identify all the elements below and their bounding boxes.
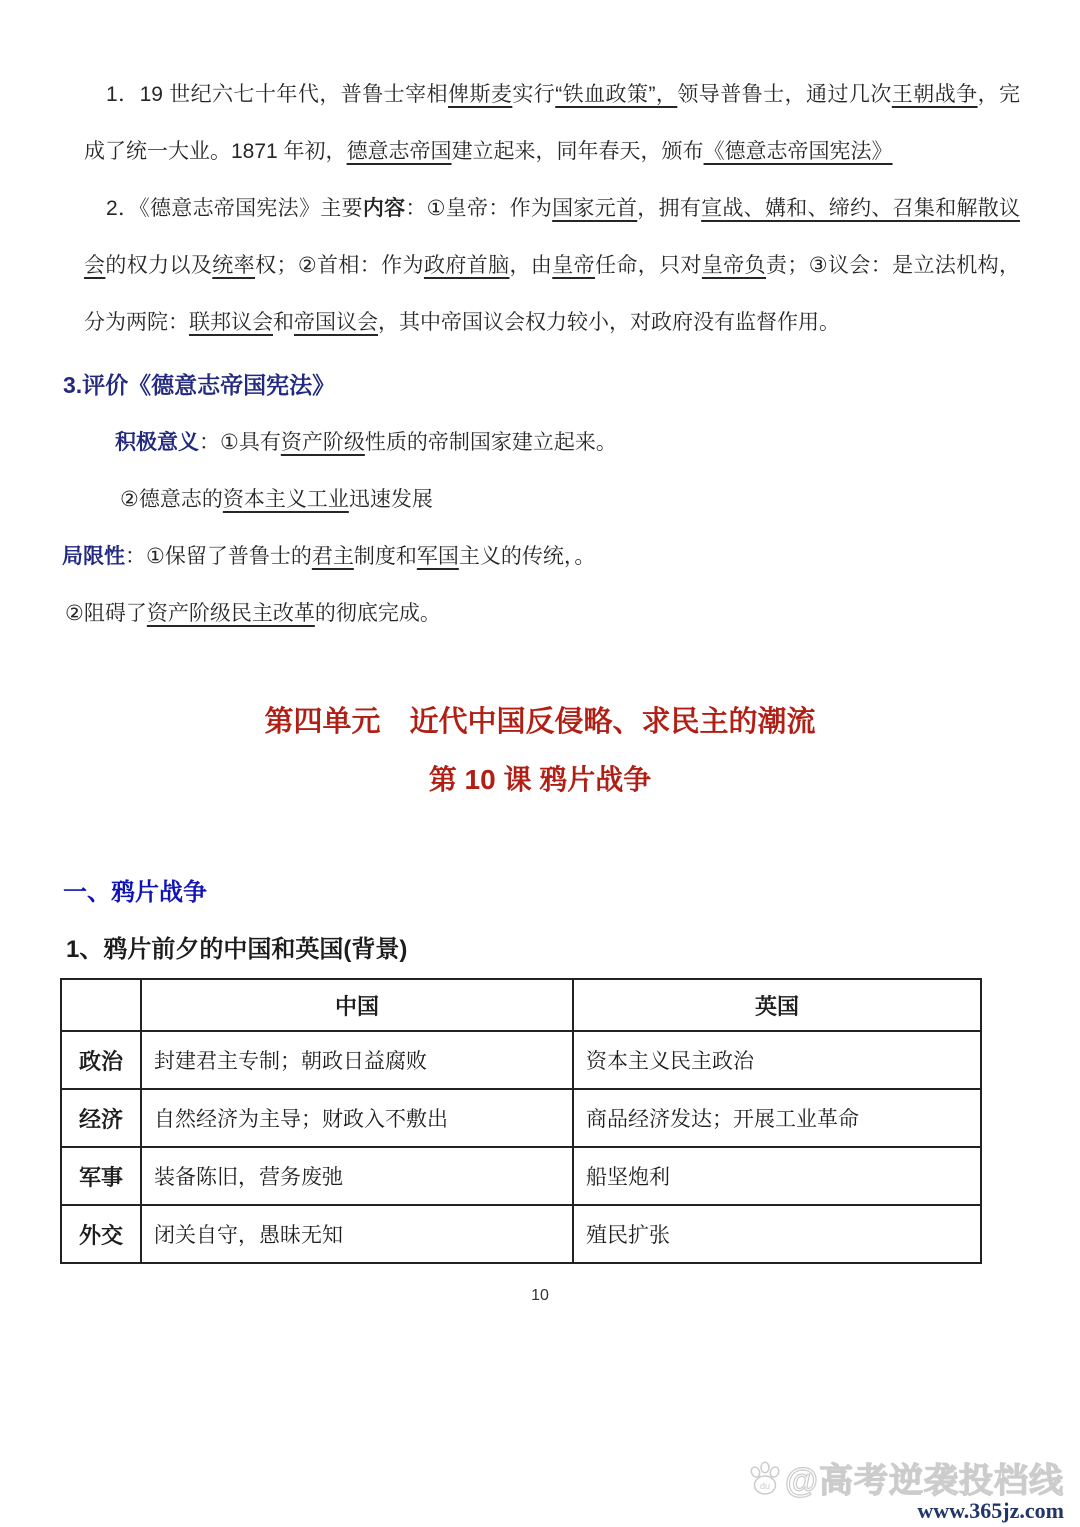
evaluation-heading: 3.评价《德意志帝国宪法》 (60, 357, 1020, 414)
unit-4-heading: 第四单元 近代中国反侵略、求民主的潮流 (60, 694, 1020, 751)
table-header-china: 中国 (141, 979, 573, 1031)
table-corner-cell (61, 979, 141, 1031)
cell-politics-china: 封建君主专制；朝政日益腐败 (141, 1031, 573, 1089)
svg-text:du: du (760, 1481, 770, 1491)
cell-diplomacy-china: 闭关自守，愚昧无知 (141, 1205, 573, 1263)
cell-military-britain: 船坚炮利 (573, 1147, 981, 1205)
row-label-politics: 政治 (61, 1031, 141, 1089)
evaluation-positive-line-2: ②德意志的资本主义工业迅速发展 (60, 471, 1020, 528)
paragraph-bismarck: 1．19 世纪六七十年代，普鲁士宰相俾斯麦实行“铁血政策”，领导普鲁士，通过几次… (60, 66, 1020, 180)
table-row: 外交 闭关自守，愚昧无知 殖民扩张 (61, 1205, 981, 1263)
row-label-economy: 经济 (61, 1089, 141, 1147)
lesson-10-heading: 第 10 课 鸦片战争 (60, 751, 1020, 808)
sub-heading-background: 1、鸦片前夕的中国和英国(背景) (60, 921, 1020, 978)
evaluation-positive-line-1: 积极意义：①具有资产阶级性质的帝制国家建立起来。 (60, 414, 1020, 471)
baidu-paw-icon: du (747, 1460, 783, 1501)
section-heading-opium-war: 一、鸦片战争 (60, 864, 1020, 921)
table-header-row: 中国 英国 (61, 979, 981, 1031)
watermark: du @高考逆袭投档线 www.365jz.com (747, 1460, 1064, 1523)
cell-diplomacy-britain: 殖民扩张 (573, 1205, 981, 1263)
cell-economy-britain: 商品经济发达；开展工业革命 (573, 1089, 981, 1147)
evaluation-limitation-line-2: ②阻碍了资产阶级民主改革的彻底完成。 (60, 585, 1020, 642)
cell-economy-china: 自然经济为主导；财政入不敷出 (141, 1089, 573, 1147)
watermark-handle: @高考逆袭投档线 (785, 1463, 1064, 1499)
table-row: 军事 装备陈旧，营务废弛 船坚炮利 (61, 1147, 981, 1205)
evaluation-limitation-line-1: 局限性：①保留了普鲁士的君主制度和军国主义的传统，。 (60, 528, 1020, 585)
document-content: 1．19 世纪六七十年代，普鲁士宰相俾斯麦实行“铁血政策”，领导普鲁士，通过几次… (0, 66, 1080, 1306)
table-row: 经济 自然经济为主导；财政入不敷出 商品经济发达；开展工业革命 (61, 1089, 981, 1147)
row-label-military: 军事 (61, 1147, 141, 1205)
watermark-site-url: www.365jz.com (747, 1499, 1064, 1523)
table-header-britain: 英国 (573, 979, 981, 1031)
paragraph-constitution-content: 2．《德意志帝国宪法》主要内容：①皇帝：作为国家元首，拥有宣战、媾和、缔约、召集… (60, 180, 1020, 351)
china-britain-comparison-table: 中国 英国 政治 封建君主专制；朝政日益腐败 资本主义民主政治 经济 自然经济为… (60, 978, 982, 1264)
document-page: 1．19 世纪六七十年代，普鲁士宰相俾斯麦实行“铁血政策”，领导普鲁士，通过几次… (0, 0, 1080, 1527)
page-number: 10 (60, 1286, 1020, 1306)
table-row: 政治 封建君主专制；朝政日益腐败 资本主义民主政治 (61, 1031, 981, 1089)
row-label-diplomacy: 外交 (61, 1205, 141, 1263)
cell-military-china: 装备陈旧，营务废弛 (141, 1147, 573, 1205)
cell-politics-britain: 资本主义民主政治 (573, 1031, 981, 1089)
